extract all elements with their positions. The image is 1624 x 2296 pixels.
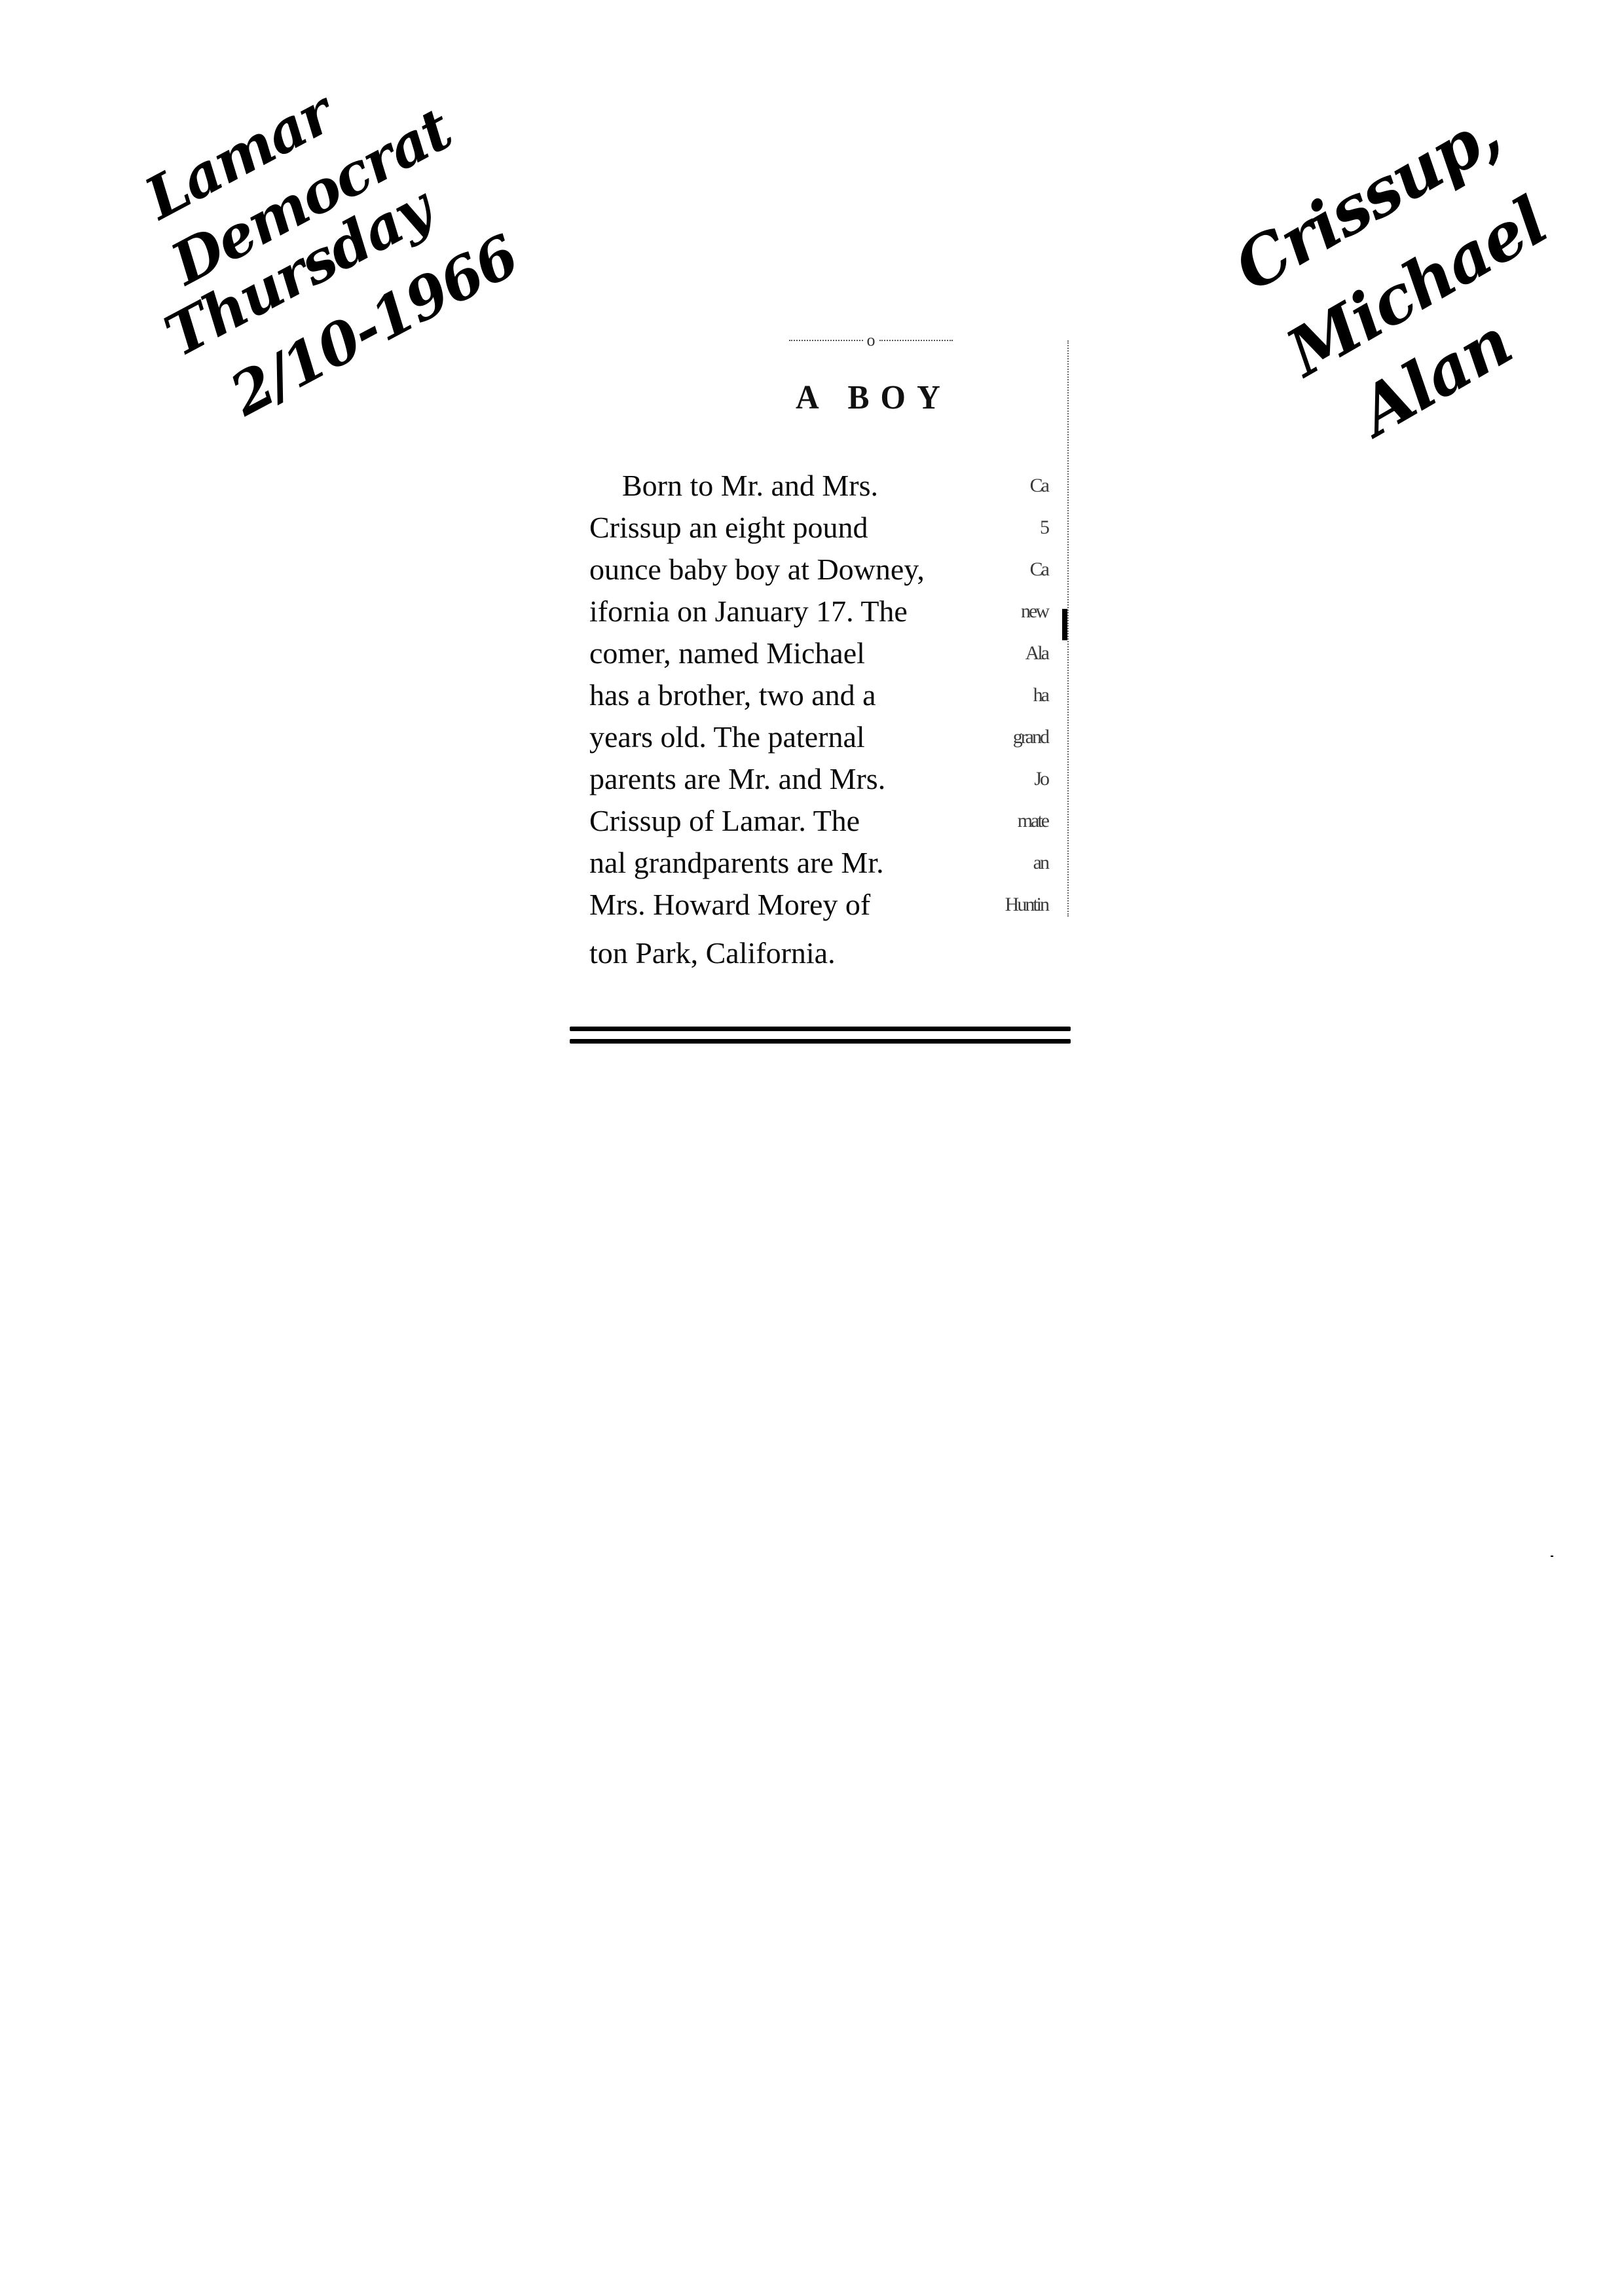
- handwritten-source-note: Lamar Democrat Thursday 2/10-1966: [151, 111, 517, 419]
- truncated-fragment: Huntin: [1005, 884, 1048, 926]
- article-line: years old. The paternal grand: [589, 716, 1048, 758]
- double-rule-divider: [570, 1027, 1071, 1044]
- article-line: ifornia on January 17. The new: [589, 591, 1048, 632]
- newspaper-clipping: o A BOY Born to Mr. and Mrs. Ca Crissup …: [563, 321, 1080, 1067]
- article-line: Crissup an eight pound 5: [589, 507, 1048, 549]
- separator-dash-right: [879, 340, 953, 341]
- article-line-text: has a brother, two and a: [589, 674, 876, 716]
- article-line: ton Park, California.: [589, 932, 1048, 974]
- article-line-text: Born to Mr. and Mrs.: [622, 465, 878, 507]
- handwritten-subject-name: Crissup, Michael Alan: [1251, 144, 1578, 445]
- article-line: parents are Mr. and Mrs. Jo: [589, 758, 1048, 800]
- article-line: nal grandparents are Mr. an: [589, 842, 1048, 884]
- article-line-text: Mrs. Howard Morey of: [589, 884, 870, 926]
- article-headline: A BOY: [796, 378, 951, 417]
- article-line-text: years old. The paternal: [589, 716, 865, 758]
- truncated-fragment: ha: [1033, 674, 1048, 716]
- scan-speck: [1551, 1556, 1553, 1557]
- truncated-fragment: Ala: [1025, 632, 1048, 674]
- article-line-text: ifornia on January 17. The: [589, 591, 908, 632]
- article-line-text: Crissup of Lamar. The: [589, 800, 860, 842]
- article-line-text: nal grandparents are Mr.: [589, 842, 884, 884]
- truncated-fragment: grand: [1013, 716, 1048, 758]
- truncated-fragment: an: [1033, 842, 1048, 884]
- article-line: Born to Mr. and Mrs. Ca: [589, 465, 1048, 507]
- article-line: comer, named Michael Ala: [589, 632, 1048, 674]
- rule-bottom: [570, 1039, 1071, 1044]
- article-line-text: Crissup an eight pound: [589, 507, 868, 549]
- article-line-text: ton Park, California.: [589, 932, 836, 974]
- truncated-fragment: mate: [1018, 800, 1048, 842]
- article-line: has a brother, two and a ha: [589, 674, 1048, 716]
- truncated-fragment: Ca: [1030, 549, 1048, 591]
- truncated-fragment: Ca: [1030, 465, 1048, 507]
- article-line-text: parents are Mr. and Mrs.: [589, 758, 885, 800]
- article-body: Born to Mr. and Mrs. Ca Crissup an eight…: [589, 465, 1100, 974]
- truncated-fragment: Jo: [1034, 758, 1048, 800]
- rule-top: [570, 1027, 1071, 1031]
- truncated-fragment: new: [1021, 591, 1048, 632]
- article-line: Crissup of Lamar. The mate: [589, 800, 1048, 842]
- article-line: Mrs. Howard Morey of Huntin: [589, 884, 1048, 926]
- separator-dash-left: [789, 340, 863, 341]
- truncated-fragment: 5: [1040, 507, 1048, 549]
- article-line-text: ounce baby boy at Downey,: [589, 549, 925, 591]
- article-line: ounce baby boy at Downey, Ca: [589, 549, 1048, 591]
- article-line-text: comer, named Michael: [589, 632, 865, 674]
- separator-mark: o: [867, 332, 876, 349]
- column-separator: o: [789, 333, 953, 348]
